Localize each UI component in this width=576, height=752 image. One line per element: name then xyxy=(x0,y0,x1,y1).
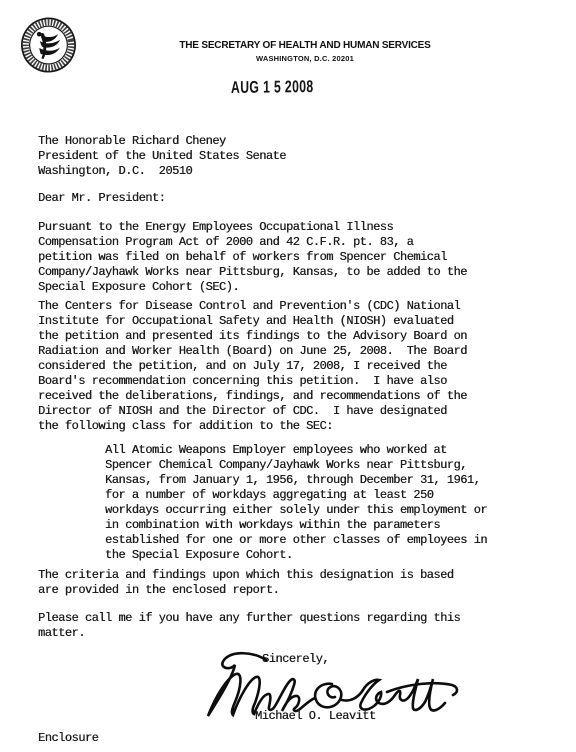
class-designation-block: All Atomic Weapons Employer employees wh… xyxy=(105,443,487,563)
letter-page: THE SECRETARY OF HEALTH AND HUMAN SERVIC… xyxy=(0,0,576,752)
salutation: Dear Mr. President: xyxy=(38,191,165,206)
paragraph-questions: Please call me if you have any further q… xyxy=(38,611,460,641)
typed-name: Michael O. Leavitt xyxy=(255,709,376,724)
paragraph-evaluation: The Centers for Disease Control and Prev… xyxy=(38,299,467,434)
letterhead-office-line: THE SECRETARY OF HEALTH AND HUMAN SERVIC… xyxy=(34,40,576,52)
paragraph-criteria: The criteria and findings upon which thi… xyxy=(38,568,453,598)
date-stamp: AUG 1 5 2008 xyxy=(231,78,314,97)
letterhead-address-line: WASHINGTON, D.C. 20201 xyxy=(34,54,576,63)
recipient-block: The Honorable Richard Cheney President o… xyxy=(38,134,286,179)
enclosure-note: Enclosure xyxy=(38,731,98,746)
paragraph-petition: Pursuant to the Energy Employees Occupat… xyxy=(38,220,467,295)
